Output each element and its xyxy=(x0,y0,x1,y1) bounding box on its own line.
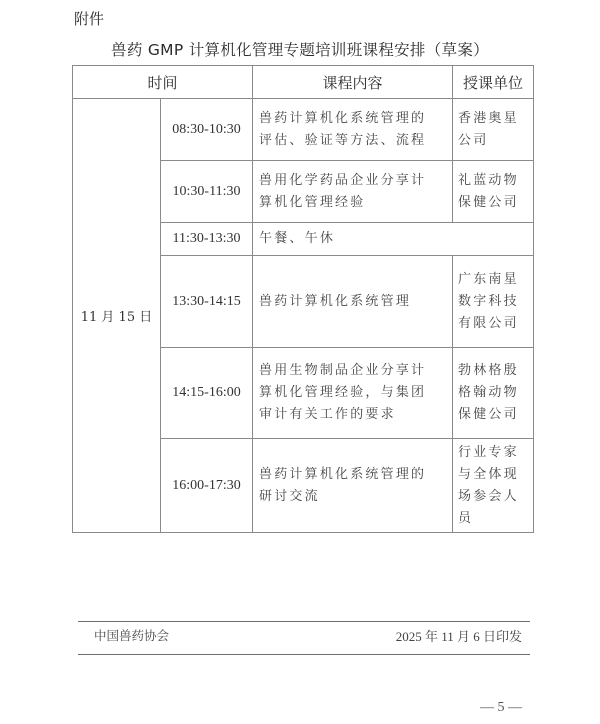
footer-organization: 中国兽药协会 xyxy=(94,626,169,644)
unit-line: 与全体现 xyxy=(458,464,531,486)
date-cell: 11 月 15 日 xyxy=(73,99,161,533)
content-cell: 兽药计算机化系统管理 xyxy=(253,256,453,348)
unit-line: 员 xyxy=(458,508,531,530)
content-line: 兽药计算机化系统管理的 xyxy=(259,464,448,486)
unit-line: 有限公司 xyxy=(458,313,531,335)
table-row: 11 月 15 日 08:30-10:30 兽药计算机化系统管理的 评估、验证等… xyxy=(73,99,534,161)
unit-line: 广东南星 xyxy=(458,269,531,291)
unit-line: 保健公司 xyxy=(458,404,531,426)
content-line: 午餐、午休 xyxy=(259,228,529,250)
header-content: 课程内容 xyxy=(253,66,453,99)
time-cell: 13:30-14:15 xyxy=(161,256,253,348)
footer-top-rule xyxy=(78,621,530,622)
footer-issue-date: 2025 年 11 月 6 日印发 xyxy=(396,626,522,645)
footer-bottom-rule xyxy=(78,654,530,655)
page-number: — 5 — xyxy=(480,700,522,716)
time-cell: 14:15-16:00 xyxy=(161,348,253,439)
header-unit: 授课单位 xyxy=(453,66,534,99)
content-line: 审计有关工作的要求 xyxy=(259,404,448,426)
content-line: 算机化管理经验 xyxy=(259,192,448,214)
unit-cell: 勃林格殷 格翰动物 保健公司 xyxy=(453,348,534,439)
unit-line: 保健公司 xyxy=(458,192,531,214)
time-cell: 10:30-11:30 xyxy=(161,161,253,223)
unit-line: 香港奥星 xyxy=(458,108,531,130)
content-cell: 兽用化学药品企业分享计 算机化管理经验 xyxy=(253,161,453,223)
content-cell: 兽用生物制品企业分享计 算机化管理经验，与集团 审计有关工作的要求 xyxy=(253,348,453,439)
unit-cell: 礼蓝动物 保健公司 xyxy=(453,161,534,223)
time-cell: 11:30-13:30 xyxy=(161,223,253,256)
content-cell: 午餐、午休 xyxy=(253,223,534,256)
unit-line: 行业专家 xyxy=(458,442,531,464)
content-line: 兽药计算机化系统管理的 xyxy=(259,108,448,130)
header-time: 时间 xyxy=(73,66,253,99)
unit-cell: 广东南星 数字科技 有限公司 xyxy=(453,256,534,348)
content-cell: 兽药计算机化系统管理的 评估、验证等方法、流程 xyxy=(253,99,453,161)
attachment-label: 附件 xyxy=(74,8,104,29)
content-line: 算机化管理经验，与集团 xyxy=(259,382,448,404)
document-title: 兽药 GMP 计算机化管理专题培训班课程安排（草案） xyxy=(0,38,600,60)
content-line: 评估、验证等方法、流程 xyxy=(259,130,448,152)
content-line: 兽用生物制品企业分享计 xyxy=(259,360,448,382)
unit-line: 格翰动物 xyxy=(458,382,531,404)
unit-line: 数字科技 xyxy=(458,291,531,313)
unit-cell: 香港奥星 公司 xyxy=(453,99,534,161)
content-cell: 兽药计算机化系统管理的 研讨交流 xyxy=(253,439,453,533)
unit-line: 公司 xyxy=(458,130,531,152)
time-cell: 08:30-10:30 xyxy=(161,99,253,161)
unit-cell: 行业专家 与全体现 场参会人 员 xyxy=(453,439,534,533)
unit-line: 礼蓝动物 xyxy=(458,170,531,192)
course-schedule-table: 时间 课程内容 授课单位 11 月 15 日 08:30-10:30 兽药计算机… xyxy=(72,65,534,533)
content-line: 兽用化学药品企业分享计 xyxy=(259,170,448,192)
table-header-row: 时间 课程内容 授课单位 xyxy=(73,66,534,99)
content-line: 兽药计算机化系统管理 xyxy=(259,291,448,313)
unit-line: 场参会人 xyxy=(458,486,531,508)
content-line: 研讨交流 xyxy=(259,486,448,508)
time-cell: 16:00-17:30 xyxy=(161,439,253,533)
unit-line: 勃林格殷 xyxy=(458,360,531,382)
